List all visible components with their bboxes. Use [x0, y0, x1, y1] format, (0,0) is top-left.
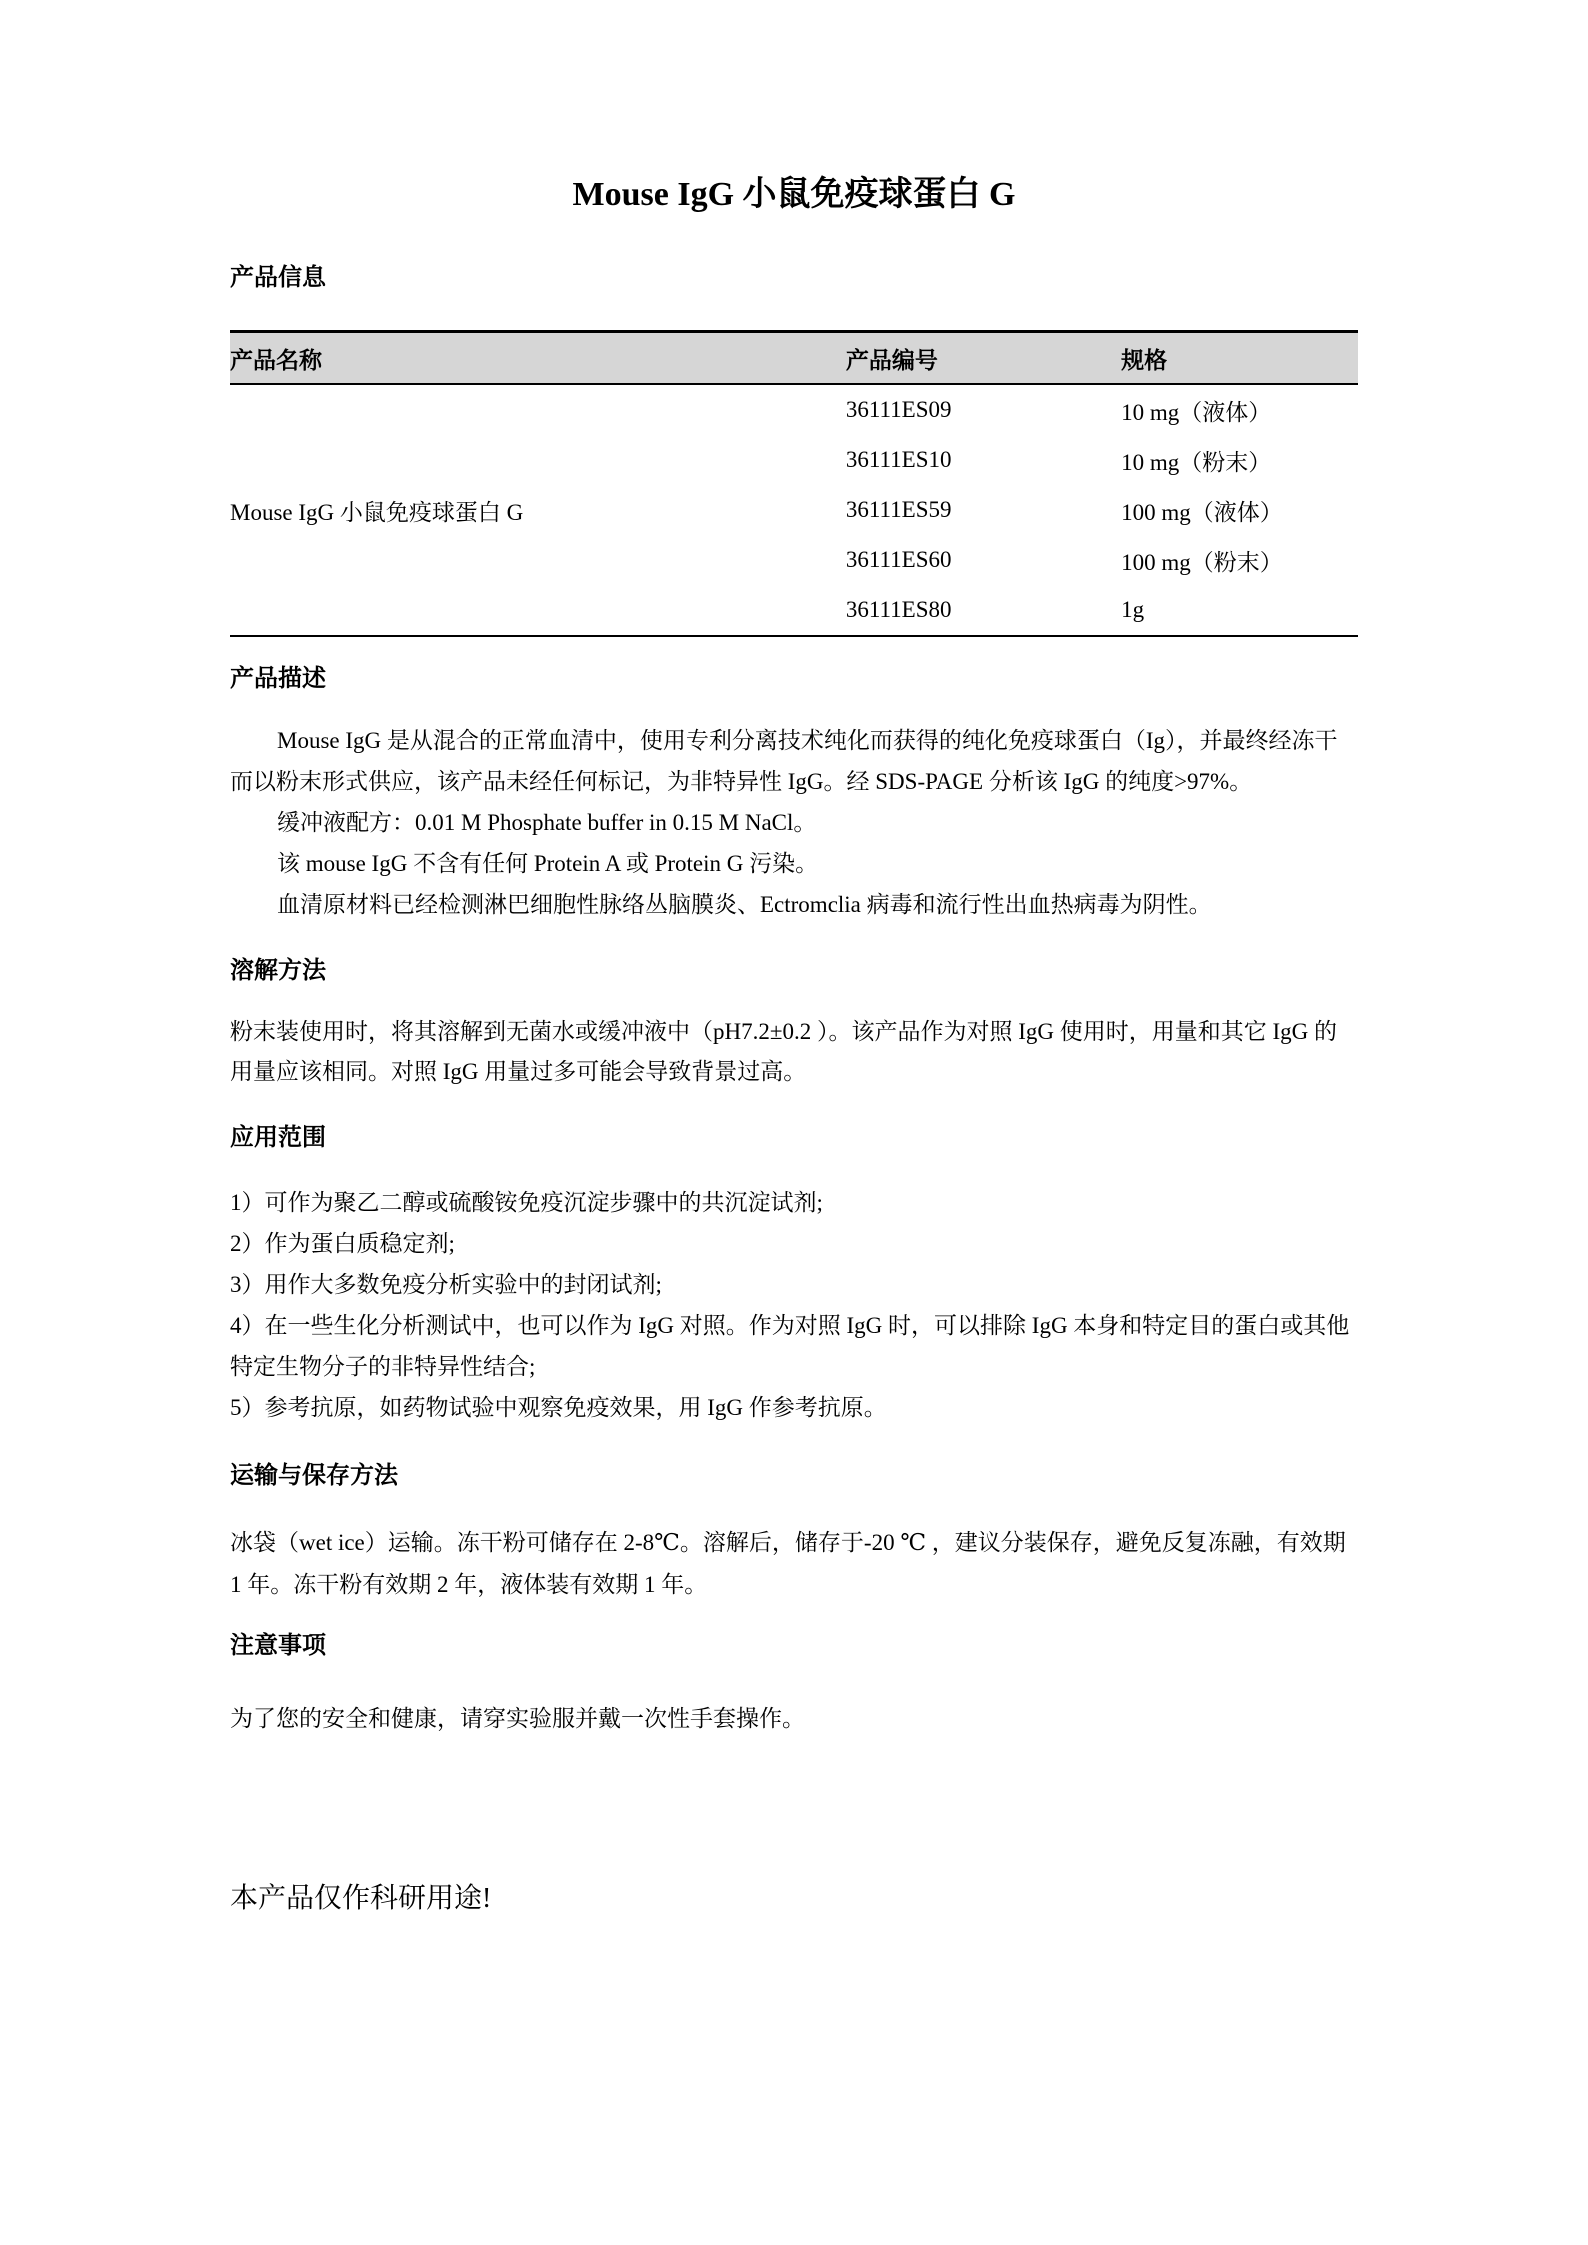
section-heading-applications: 应用范围 — [230, 1122, 1358, 1154]
description-paragraph: 血清原材料已经检测淋巴细胞性脉络丛脑膜炎、Ectromclia 病毒和流行性出血… — [230, 884, 1358, 925]
section-heading-description: 产品描述 — [230, 663, 1358, 695]
product-code-cell: 36111ES10 — [846, 435, 1121, 485]
document-page: Mouse IgG 小鼠免疫球蛋白 G 产品信息 产品名称 产品编号 规格 Mo… — [0, 0, 1588, 2245]
section-heading-product-info: 产品信息 — [230, 262, 1358, 294]
description-paragraph: Mouse IgG 是从混合的正常血清中，使用专利分离技术纯化而获得的纯化免疫球… — [230, 720, 1358, 802]
document-title: Mouse IgG 小鼠免疫球蛋白 G — [230, 173, 1358, 217]
section-heading-precautions: 注意事项 — [230, 1630, 1358, 1662]
product-name-cell: Mouse IgG 小鼠免疫球蛋白 G — [230, 384, 846, 636]
spec-cell: 100 mg（粉末） — [1121, 535, 1358, 585]
application-item: 4）在一些生化分析测试中，也可以作为 IgG 对照。作为对照 IgG 时，可以排… — [230, 1305, 1358, 1387]
application-item: 2）作为蛋白质稳定剂; — [230, 1223, 1358, 1264]
spec-cell: 10 mg（液体） — [1121, 384, 1358, 435]
description-paragraph: 该 mouse IgG 不含有任何 Protein A 或 Protein G … — [230, 843, 1358, 884]
spec-cell: 1g — [1121, 585, 1358, 636]
product-table: 产品名称 产品编号 规格 Mouse IgG 小鼠免疫球蛋白 G 36111ES… — [230, 330, 1358, 637]
description-paragraph: 缓冲液配方：0.01 M Phosphate buffer in 0.15 M … — [230, 802, 1358, 843]
table-header-row: 产品名称 产品编号 规格 — [230, 332, 1358, 385]
spec-cell: 10 mg（粉末） — [1121, 435, 1358, 485]
product-code-cell: 36111ES09 — [846, 384, 1121, 435]
precautions-paragraph: 为了您的安全和健康，请穿实验服并戴一次性手套操作。 — [230, 1698, 1358, 1739]
description-block: Mouse IgG 是从混合的正常血清中，使用专利分离技术纯化而获得的纯化免疫球… — [230, 720, 1358, 925]
research-use-only-note: 本产品仅作科研用途! — [230, 1880, 1358, 1918]
product-code-cell: 36111ES60 — [846, 535, 1121, 585]
col-header-product-name: 产品名称 — [230, 332, 846, 385]
spec-cell: 100 mg（液体） — [1121, 485, 1358, 535]
section-heading-dissolution: 溶解方法 — [230, 955, 1358, 987]
application-item: 3）用作大多数免疫分析实验中的封闭试剂; — [230, 1264, 1358, 1305]
table-row: Mouse IgG 小鼠免疫球蛋白 G 36111ES09 10 mg（液体） — [230, 384, 1358, 435]
product-code-cell: 36111ES80 — [846, 585, 1121, 636]
application-item: 5）参考抗原，如药物试验中观察免疫效果，用 IgG 作参考抗原。 — [230, 1387, 1358, 1428]
application-item: 1）可作为聚乙二醇或硫酸铵免疫沉淀步骤中的共沉淀试剂; — [230, 1182, 1358, 1223]
product-code-cell: 36111ES59 — [846, 485, 1121, 535]
section-heading-storage: 运输与保存方法 — [230, 1460, 1358, 1492]
col-header-product-code: 产品编号 — [846, 332, 1121, 385]
storage-paragraph: 冰袋（wet ice）运输。冻干粉可储存在 2-8℃。溶解后，储存于-20 ℃ … — [230, 1522, 1358, 1606]
dissolution-paragraph: 粉末装使用时，将其溶解到无菌水或缓冲液中（pH7.2±0.2 ）。该产品作为对照… — [230, 1012, 1358, 1092]
col-header-spec: 规格 — [1121, 332, 1358, 385]
applications-list: 1）可作为聚乙二醇或硫酸铵免疫沉淀步骤中的共沉淀试剂; 2）作为蛋白质稳定剂; … — [230, 1182, 1358, 1428]
